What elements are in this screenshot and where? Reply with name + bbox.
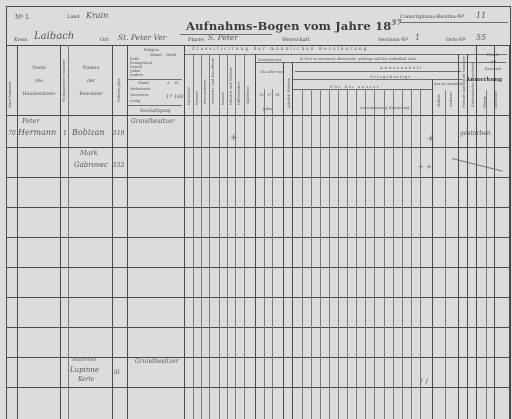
census-form-sheet: Nº 1. Land Krain Aufnahms-Bogen vom Jahr… [0,0,512,419]
nachwuchs-sub: Im Alter von [261,70,284,74]
row10-bewohner-line1: Anderson [72,357,96,363]
col-line-beschaeftigung [184,45,185,419]
col-line-class-7 [244,54,245,419]
header-name-hausbesitzer: Name des Hausbesitzers [18,62,60,101]
row2-geburtsjahr: 552 [113,162,124,169]
orts-value: 55 [476,33,486,42]
stand-row-1: Verwitwet [130,93,148,97]
religion-row-4: Andere [130,73,143,77]
nachwuchs-age-0: 15 [259,93,264,97]
conscriptions-value: 11 [476,11,486,20]
col-line-age-5 [338,89,339,419]
classification-title: Classificirung der männlichen Bevölkerun… [192,47,369,52]
col-line-age-2 [311,89,312,419]
row10-bewohner-line2: Lupinne [70,366,99,374]
ortsgebuertige-line [292,79,462,80]
class-col-5: Häusler und Gärtner [229,70,233,105]
sections-value: 1 [415,33,420,42]
row-line-5 [6,267,511,268]
ort-label: Ort [100,37,109,43]
row1-geburtsjahr: 519 [113,130,124,137]
header-des-line: des [18,75,60,88]
row-line-7 [6,327,511,328]
stand-value: 17 188 [166,94,184,100]
herrschaft-label: Herrschaft [282,37,310,43]
row10-ausland-mark: / / [420,377,428,386]
header-name-line: Name [18,62,60,75]
col-line-fremde [458,54,459,419]
ausland-col-0: Militär [437,92,441,107]
row2-ausland-mark: + + [418,163,432,171]
col-line-age-4 [329,89,330,419]
col-line-nw-2 [272,89,273,419]
header-bottom-line [6,115,511,116]
col-line-geburtsjahr [127,45,128,419]
row-line-3 [6,207,511,208]
col-line-class-1 [193,54,194,419]
class-col-6: Hilfsarbeiter [237,75,241,105]
col-line-age-3 [320,89,321,419]
col-line-anmerkung [494,45,495,419]
col-line-age-13 [411,89,412,419]
row10-beschaeftigung: Grundbesitzer [135,358,179,365]
nachwuchs-age-2: 18 [275,93,280,97]
header-bewohner-line: Bewohner [70,88,112,101]
header-namen-bewohner: Namen der Bewohner [70,62,112,101]
row1-class-mark: + [230,133,238,143]
col-line-age-14 [420,89,421,419]
col-line-besitzer [60,45,61,419]
row1-haus-nr: 70 [8,130,16,137]
header-beschaeftigung: Beschäftigung [140,108,171,113]
pferde-line-1: und [481,59,505,66]
religion-col-m: Männl. [150,53,163,57]
form-title: Aufnahms-Bogen vom Jahre 1857 [186,18,402,33]
col-line-nw-end [283,62,284,419]
col-line-class-4 [219,54,220,419]
class-col-7: Taglöhner [246,70,250,105]
col-line-nachwuchs [255,54,256,419]
col-line-age-11 [393,89,394,419]
col-line-class-5 [227,54,228,419]
land-value: Krain [86,11,108,20]
kreis-label: Kreis [14,37,27,43]
row1-bewohner: Bobizan [72,128,105,137]
col-line-pferde-mid [486,90,487,419]
row1-besitzer-line1: Peter [22,117,40,125]
stand-row-0: Verheiratet [130,87,151,91]
col-line-age-12 [402,89,403,419]
col-line-right [509,45,510,419]
row1-besitzer-line2: Hermann [18,128,56,137]
col-line-bewohner [112,45,113,419]
col-line-age-6 [347,89,348,419]
orts-label: Orts-Nº [446,37,465,43]
pferde-line-2: Hornvieh [481,66,505,73]
col-line-lastzeit [292,62,293,419]
row10-bewohner-line3: Kerle [78,376,94,383]
header-lastzeit: Jährlich Wohnen [287,84,291,108]
pfarre-label: Pfarre [188,37,204,43]
row-line-1 [6,147,511,148]
pferde-line-0: Pferde [481,52,505,59]
row-line-2 [6,177,511,178]
header-haus-nummer: Haus-Nummer [8,78,12,108]
col-line-age-7 [356,89,357,419]
religion-col-w: Weibl. [166,53,177,57]
row1-wohnpartei: 1 [63,130,67,137]
class-col-1: Beamte [195,85,199,105]
row1-ausland-mark: + [427,134,435,144]
form-number-label: Nº 1. [15,14,31,21]
nachwuchs-age-1: 17 [267,93,272,97]
class-col-0: Geistliche [187,80,191,105]
header-hausbesitzer-line: Hausbesitzers [18,88,60,101]
header-wohnparteien: Wohnparteien-Nummer [62,62,66,102]
row-line-4 [6,237,511,238]
conscriptions-label: Conscriptions-Bezirks-Nº [400,14,464,20]
col-line-ausland [432,79,433,419]
ausland-col-1: Anderer [449,92,453,107]
row1-anmerkung: gestorben [460,130,491,137]
col-line-nw-1 [264,89,265,419]
col-line-class-2 [201,54,202,419]
abwesend-label: In Orte zu anwesend, Abwesende, gehörige… [300,57,416,61]
land-label: Land [67,14,80,20]
col-line-age-10 [384,89,385,419]
header-fremde: Fremde Aufenthalt Nummer [462,58,466,108]
form-title-text: Aufnahms-Bogen vom Jahre 18 [186,19,392,33]
header-anmerkung: Anmerkung [466,77,502,83]
pferde-header: Pferde und Hornvieh [481,52,505,73]
kreis-value: Laibach [34,31,74,42]
header-geburtsjahr: Geburts-Jahr [117,80,121,102]
col-line-haus [17,45,18,419]
row2-bewohner-line1: Mark [80,149,98,157]
row-line-6 [6,297,511,298]
table-top-line [6,45,511,46]
col-line-ausland-mid [445,90,446,419]
class-col-4: Bauern [221,85,225,105]
religion-bottom-line [128,105,182,106]
header-der-line: der [70,75,112,88]
col-line-age-9 [374,89,375,419]
col-line-class-3 [209,54,210,419]
stand-col-b: B. [175,81,179,85]
ort-value: St. Peter Ver [118,33,166,42]
header-namen-line: Namen [70,62,112,75]
class-col-2: Honoratioren [203,62,207,104]
stand-col-a: A. [167,81,171,85]
col-line-bewohner-count [467,54,468,419]
religion-title: Religion [144,48,159,52]
col-line-age-1 [302,89,303,419]
conscriptions-underline [400,22,508,23]
religion-box: Religion Männl. Weibl. Kath. Evangelisch… [128,47,182,105]
stand-row-2: Ledig [130,99,140,103]
row-line-9 [6,387,511,388]
stand-title: Stand [138,81,149,85]
row2-bewohner-line2: Gabrovec [74,161,108,169]
col-line-class-6 [235,54,236,419]
col-line-pferde [476,45,477,419]
sections-label: Sections-Nº [378,37,408,43]
nachwuchs-line [256,62,506,63]
col-line-age-8 [365,89,366,419]
class-col-3: Gewerbs- und Kunstleute [211,60,215,104]
header-bewohner-count: Einheimische Bewohner [471,62,475,107]
pfarre-value: S. Peter [208,33,238,42]
row10-geburtsjahr: iii [114,369,120,376]
religion-divider [128,79,182,80]
row1-beschaeftigung: Grundbesitzer [131,118,175,125]
col-line-wohnpartei [68,45,69,419]
anwesenheit-label: Anwesenheit [380,65,423,70]
anwesenheit-line [295,71,461,72]
